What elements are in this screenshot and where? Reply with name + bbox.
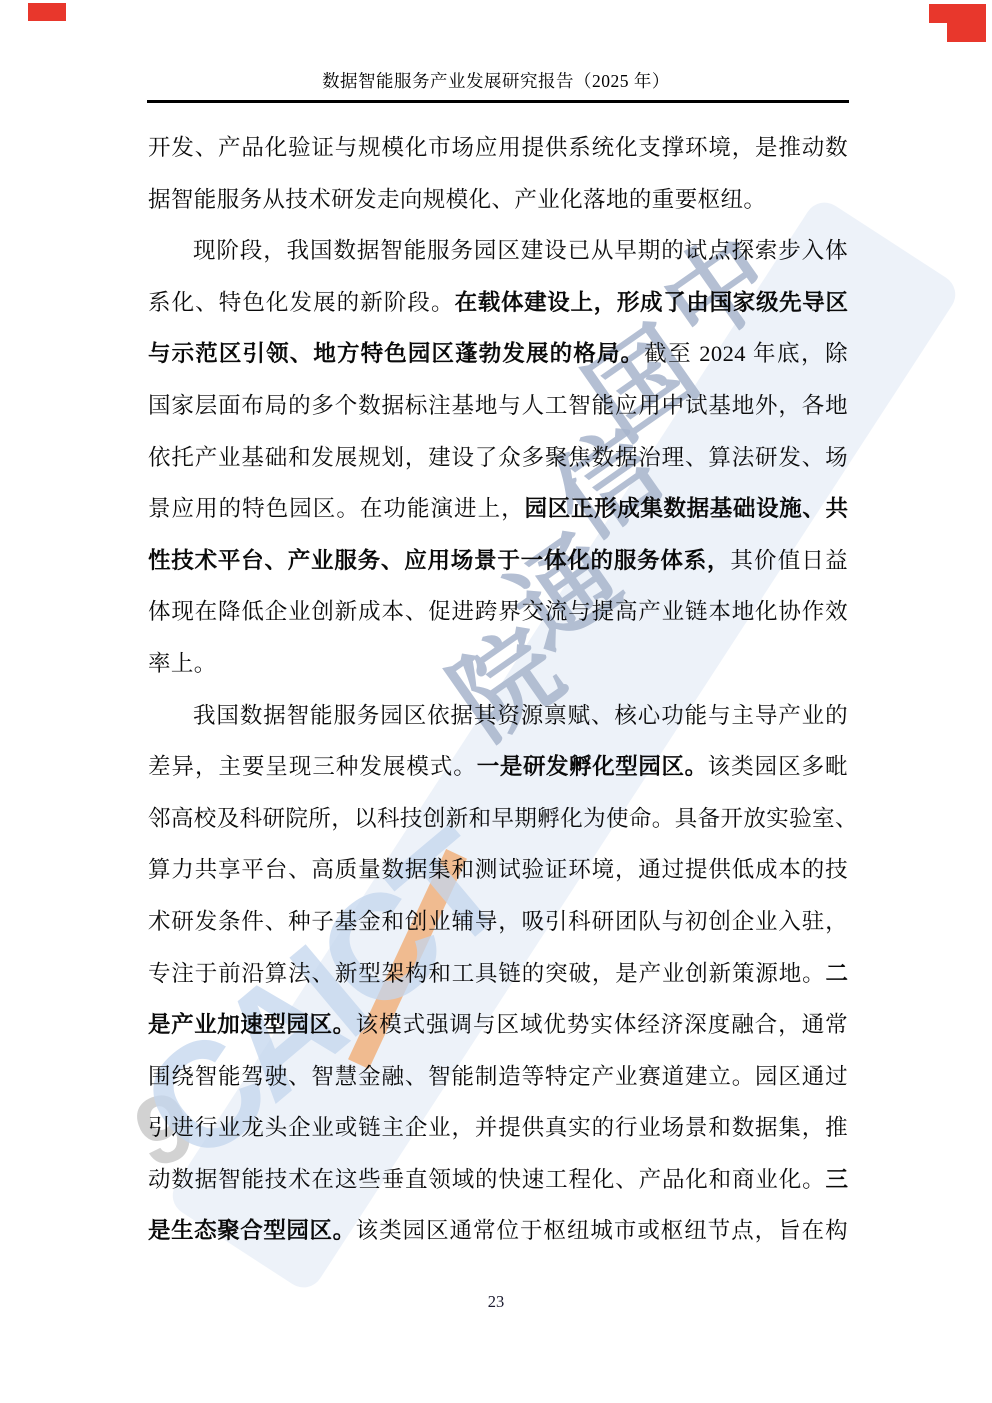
body-text-segment: 据智能服务从技术研发走向规模化、产业化落地的重要枢纽。 (148, 187, 766, 212)
body-text-line: 景应用的特色园区。在功能演进上，园区正形成集数据基础设施、共 (148, 483, 848, 535)
body-text-segment: 引进行业龙头企业或链主企业，并提供真实的行业场景和数据集，推 (148, 1115, 848, 1140)
body-text-line: 算力共享平台、高质量数据集和测试验证环境，通过提供低成本的技 (148, 844, 848, 896)
body-text-bold-segment: 三 (825, 1167, 848, 1192)
body-text-segment: 景应用的特色园区。在功能演进上， (148, 496, 525, 521)
body-text-segment: 该类园区通常位于枢纽城市或枢纽节点，旨在构 (356, 1218, 848, 1243)
body-text-segment: 截至 2024 年底，除 (644, 341, 848, 366)
body-text-line: 开发、产品化验证与规模化市场应用提供系统化支撑环境，是推动数 (148, 122, 848, 174)
body-text-bold-segment: 性技术平台、产业服务、应用场景于一体化的服务体系， (148, 548, 730, 573)
body-text-segment: 依托产业基础和发展规划，建设了众多聚焦数据治理、算法研发、场 (148, 445, 848, 470)
body-text-line: 系化、特色化发展的新阶段。在载体建设上，形成了由国家级先导区 (148, 277, 848, 329)
body-text-line: 国家层面布局的多个数据标注基地与人工智能应用中试基地外，各地 (148, 380, 848, 432)
body-text-line: 我国数据智能服务园区依据其资源禀赋、核心功能与主导产业的 (148, 690, 848, 742)
body-text-segment: 国家层面布局的多个数据标注基地与人工智能应用中试基地外，各地 (148, 393, 848, 418)
body-text: 开发、产品化验证与规模化市场应用提供系统化支撑环境，是推动数据智能服务从技术研发… (148, 122, 848, 1257)
body-text-line: 性技术平台、产业服务、应用场景于一体化的服务体系，其价值日益 (148, 535, 848, 587)
body-text-segment: 邻高校及科研院所，以科技创新和早期孵化为使命。具备开放实验室、 (148, 806, 858, 831)
body-text-bold-segment: 二 (825, 961, 848, 986)
body-text-segment: 专注于前沿算法、新型架构和工具链的突破，是产业创新策源地。 (148, 961, 825, 986)
body-text-line: 是生态聚合型园区。该类园区通常位于枢纽城市或枢纽节点，旨在构 (148, 1205, 848, 1257)
body-text-segment: 该模式强调与区域优势实体经济深度融合，通常 (356, 1012, 848, 1037)
body-text-segment: 动数据智能技术在这些垂直领域的快速工程化、产品化和商业化。 (148, 1167, 825, 1192)
body-text-segment: 开发、产品化验证与规模化市场应用提供系统化支撑环境，是推动数 (148, 135, 848, 160)
body-text-line: 是产业加速型园区。该模式强调与区域优势实体经济深度融合，通常 (148, 999, 848, 1051)
body-text-line: 率上。 (148, 638, 848, 690)
body-text-bold-segment: 在载体建设上，形成了由国家级先导区 (455, 290, 848, 315)
body-text-line: 专注于前沿算法、新型架构和工具链的突破，是产业创新策源地。二 (148, 948, 848, 1000)
header-rule-divider (147, 100, 849, 103)
body-text-bold-segment: 与示范区引领、地方特色园区蓬勃发展的格局。 (148, 341, 644, 366)
body-text-segment: 该类园区多毗 (708, 754, 848, 779)
body-text-line: 差异，主要呈现三种发展模式。一是研发孵化型园区。该类园区多毗 (148, 741, 848, 793)
body-text-segment: 体现在降低企业创新成本、促进跨界交流与提高产业链本地化协作效 (148, 599, 848, 624)
red-annotation-mark-top-right (929, 4, 986, 23)
body-text-line: 动数据智能技术在这些垂直领域的快速工程化、产品化和商业化。三 (148, 1154, 848, 1206)
page-number: 23 (0, 1292, 992, 1312)
body-text-line: 依托产业基础和发展规划，建设了众多聚焦数据治理、算法研发、场 (148, 432, 848, 484)
document-page: 9 CAICT 中 国 信 通 院 数据智能服务产业发展研究报告（2025 年）… (0, 0, 992, 1403)
body-text-bold-segment: 一是研发孵化型园区。 (477, 754, 708, 779)
body-text-bold-segment: 是产业加速型园区。 (148, 1012, 356, 1037)
body-text-segment: 算力共享平台、高质量数据集和测试验证环境，通过提供低成本的技 (148, 857, 848, 882)
red-annotation-mark-top-right-lower (947, 23, 986, 42)
body-text-segment: 术研发条件、种子基金和创业辅导，吸引科研团队与初创企业入驻， (148, 909, 848, 934)
body-text-segment: 率上。 (148, 651, 217, 676)
red-annotation-mark-top-left (28, 3, 66, 21)
body-text-segment: 我国数据智能服务园区依据其资源禀赋、核心功能与主导产业的 (193, 703, 848, 728)
body-text-line: 术研发条件、种子基金和创业辅导，吸引科研团队与初创企业入驻， (148, 896, 848, 948)
body-text-bold-segment: 园区正形成集数据基础设施、共 (525, 496, 848, 521)
body-text-line: 引进行业龙头企业或链主企业，并提供真实的行业场景和数据集，推 (148, 1102, 848, 1154)
body-text-segment: 现阶段，我国数据智能服务园区建设已从早期的试点探索步入体 (193, 238, 848, 263)
body-text-line: 现阶段，我国数据智能服务园区建设已从早期的试点探索步入体 (148, 225, 848, 277)
body-text-segment: 围绕智能驾驶、智慧金融、智能制造等特定产业赛道建立。园区通过 (148, 1064, 848, 1089)
page-header-title: 数据智能服务产业发展研究报告（2025 年） (0, 68, 992, 93)
body-text-bold-segment: 是生态聚合型园区。 (148, 1218, 356, 1243)
body-text-line: 围绕智能驾驶、智慧金融、智能制造等特定产业赛道建立。园区通过 (148, 1051, 848, 1103)
body-text-segment: 系化、特色化发展的新阶段。 (148, 290, 455, 315)
body-text-line: 体现在降低企业创新成本、促进跨界交流与提高产业链本地化协作效 (148, 586, 848, 638)
body-text-segment: 差异，主要呈现三种发展模式。 (148, 754, 477, 779)
body-text-line: 邻高校及科研院所，以科技创新和早期孵化为使命。具备开放实验室、 (148, 793, 848, 845)
body-text-line: 与示范区引领、地方特色园区蓬勃发展的格局。截至 2024 年底，除 (148, 328, 848, 380)
body-text-line: 据智能服务从技术研发走向规模化、产业化落地的重要枢纽。 (148, 174, 848, 226)
body-text-segment: 其价值日益 (730, 548, 848, 573)
